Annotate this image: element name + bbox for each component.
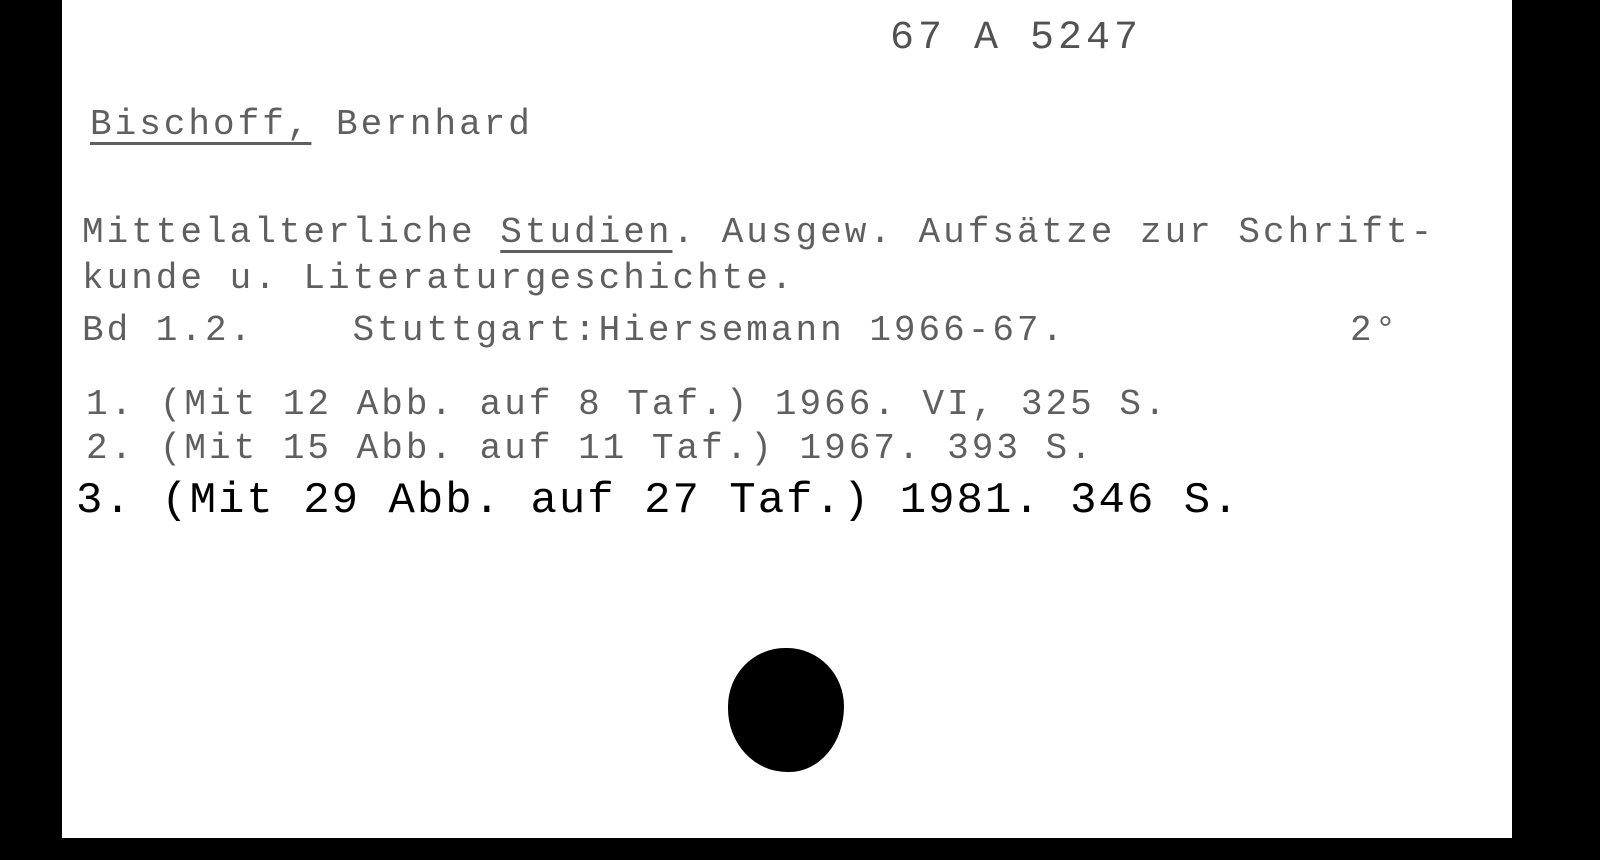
volume-2-entry: 2. (Mit 15 Abb. auf 11 Taf.) 1967. 393 S… (86, 428, 1095, 469)
author-forename: Bernhard (336, 104, 533, 145)
format-note: 2° (1350, 310, 1399, 351)
catalog-card: 67 A 5247 Bischoff, Bernhard Mittelalter… (62, 0, 1512, 838)
scan-border-right (1512, 0, 1600, 860)
scan-border-bottom (0, 838, 1600, 860)
volume-3-entry: 3. (Mit 29 Abb. auf 27 Taf.) 1981. 346 S… (76, 476, 1241, 526)
volume-1-entry: 1. (Mit 12 Abb. auf 8 Taf.) 1966. VI, 32… (86, 384, 1169, 425)
title-line-1: Mittelalterliche Studien. Ausgew. Aufsät… (82, 212, 1435, 253)
punch-hole (728, 648, 844, 772)
author-heading: Bischoff, Bernhard (90, 104, 533, 145)
imprint-line: Bd 1.2. Stuttgart:Hiersemann 1966-67. (82, 310, 1066, 351)
author-surname: Bischoff, (90, 104, 311, 145)
scan-border-left (0, 0, 62, 860)
call-number: 67 A 5247 (890, 16, 1142, 61)
title-line-2: kunde u. Literaturgeschichte. (82, 258, 796, 299)
subtitle-text: . Ausgew. Aufsätze zur Schrift- (673, 212, 1436, 253)
title-text: Mittelalterliche (82, 212, 500, 253)
title-keyword: Studien (500, 212, 672, 253)
